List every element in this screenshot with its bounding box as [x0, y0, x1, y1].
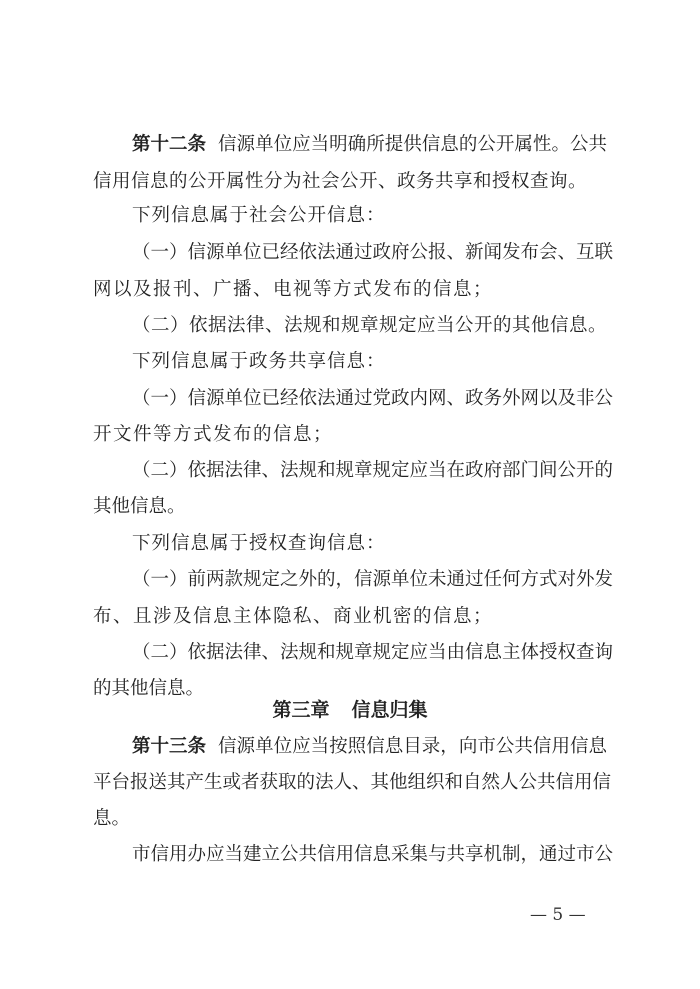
authorized-query-item-2-line-1: （二）依据法律、法规和规章规定应当由信息主体授权查询	[132, 638, 607, 668]
gov-shared-intro-text: 下列信息属于政务共享信息：	[132, 347, 386, 377]
gov-shared-item-1-line-1: （一）信源单位已经依法通过党政内网、政务外网以及非公	[132, 384, 607, 414]
gov-shared-item-2-text-1: （二）依据法律、法规和规章规定应当在政府部门间公开的	[132, 456, 607, 486]
gov-shared-item-2-line-2: 其他信息。	[93, 492, 607, 522]
document-page: 第十二条 信源单位应当明确所提供信息的公开属性。公共 信用信息的公开属性分为社会…	[0, 0, 700, 989]
authorized-query-item-1-text-1: （一）前两款规定之外的，信源单位未通过任何方式对外发	[132, 565, 607, 595]
authorized-query-item-1-text-2: 布、且涉及信息主体隐私、商业机密的信息；	[93, 602, 493, 632]
article-12-text-1: 信源单位应当明确所提供信息的公开属性。公共	[218, 130, 607, 160]
gov-shared-item-1-line-2: 开文件等方式发布的信息；	[93, 420, 607, 450]
page-number: — 5 —	[530, 900, 586, 930]
social-public-intro: 下列信息属于社会公开信息：	[132, 201, 607, 231]
authorized-query-item-2-text-1: （二）依据法律、法规和规章规定应当由信息主体授权查询	[132, 638, 607, 668]
gov-shared-intro: 下列信息属于政务共享信息：	[132, 347, 607, 377]
social-public-item-1-line-1: （一）信源单位已经依法通过政府公报、新闻发布会、互联	[132, 238, 607, 268]
chapter-number: 第三章	[272, 699, 329, 721]
gov-shared-item-2-text-2: 其他信息。	[93, 492, 186, 522]
article-13-line-3: 息。	[93, 804, 607, 834]
article-12-line-1: 第十二条 信源单位应当明确所提供信息的公开属性。公共	[132, 130, 607, 160]
authorized-query-intro: 下列信息属于授权查询信息：	[132, 529, 607, 559]
article-13-line-2: 平台报送其产生或者获取的法人、其他组织和自然人公共信用信	[93, 768, 607, 798]
gov-shared-item-1-text-1: （一）信源单位已经依法通过党政内网、政务外网以及非公	[132, 384, 607, 414]
gov-shared-item-2-line-1: （二）依据法律、法规和规章规定应当在政府部门间公开的	[132, 456, 607, 486]
social-public-item-2-text: （二）依据法律、法规和规章规定应当公开的其他信息。	[132, 311, 607, 341]
authorized-query-item-1-line-1: （一）前两款规定之外的，信源单位未通过任何方式对外发	[132, 565, 607, 595]
article-13-line-1: 第十三条 信源单位应当按照信息目录，向市公共信用信息	[132, 732, 607, 762]
credit-office-text-1: 市信用办应当建立公共信用信息采集与共享机制，通过市公	[132, 840, 607, 870]
social-public-intro-text: 下列信息属于社会公开信息：	[132, 201, 386, 231]
social-public-item-1-line-2: 网以及报刊、广播、电视等方式发布的信息；	[93, 275, 607, 305]
article-13-text-2: 平台报送其产生或者获取的法人、其他组织和自然人公共信用信	[93, 768, 607, 798]
credit-office-line-1: 市信用办应当建立公共信用信息采集与共享机制，通过市公	[132, 840, 607, 870]
social-public-item-1-text-1: （一）信源单位已经依法通过政府公报、新闻发布会、互联	[132, 238, 607, 268]
article-12-line-2: 信用信息的公开属性分为社会公开、政务共享和授权查询。	[93, 167, 607, 197]
authorized-query-item-1-line-2: 布、且涉及信息主体隐私、商业机密的信息；	[93, 602, 607, 632]
social-public-item-2: （二）依据法律、法规和规章规定应当公开的其他信息。	[132, 311, 607, 341]
gov-shared-item-1-text-2: 开文件等方式发布的信息；	[93, 420, 333, 450]
article-12-text-2: 信用信息的公开属性分为社会公开、政务共享和授权查询。	[93, 167, 587, 197]
article-13-text-3: 息。	[93, 804, 130, 834]
article-13-text-1: 信源单位应当按照信息目录，向市公共信用信息	[218, 732, 607, 762]
chapter-heading: 第三章信息归集	[0, 695, 700, 725]
chapter-title: 信息归集	[352, 699, 428, 721]
authorized-query-intro-text: 下列信息属于授权查询信息：	[132, 529, 386, 559]
article-13-label: 第十三条	[132, 732, 206, 762]
article-12-label: 第十二条	[132, 130, 206, 160]
social-public-item-1-text-2: 网以及报刊、广播、电视等方式发布的信息；	[93, 275, 493, 305]
